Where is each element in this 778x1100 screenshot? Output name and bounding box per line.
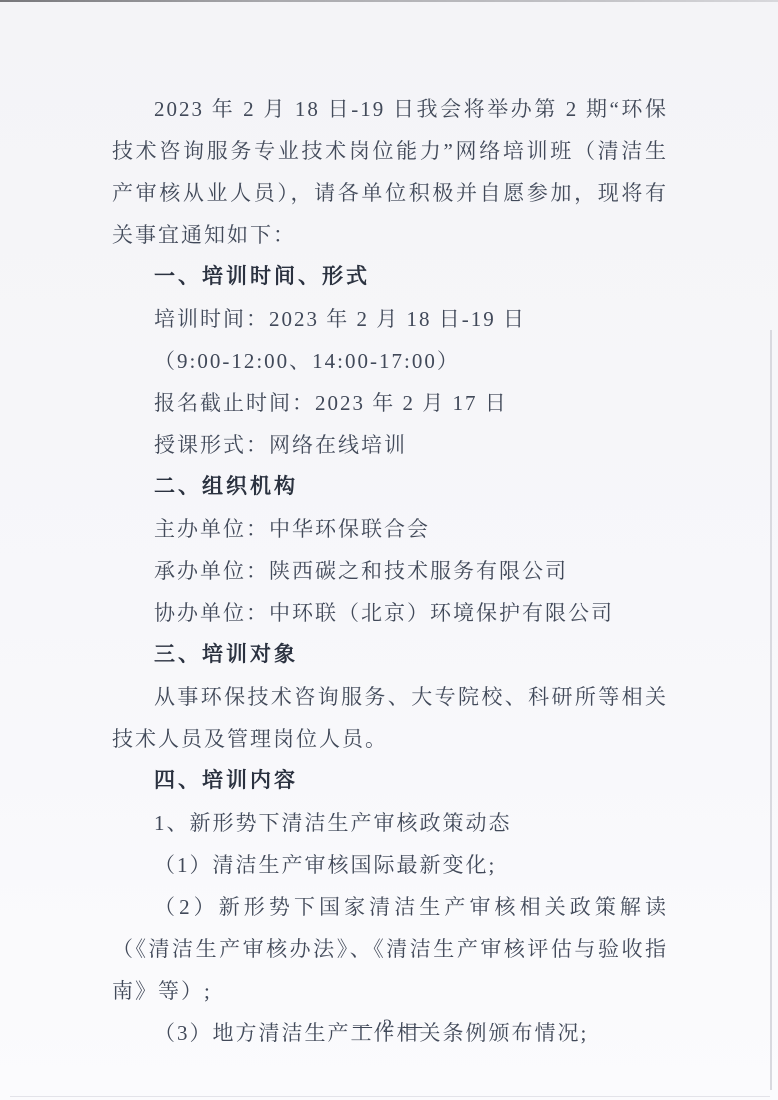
section-heading-training-time: 一、培训时间、形式 [112, 256, 668, 298]
item-topic-1-sub-1: （1）清洁生产审核国际最新变化; [112, 844, 668, 886]
intro-paragraph: 2023 年 2 月 18 日-19 日我会将举办第 2 期“环保技术咨询服务专… [112, 88, 668, 256]
item-topic-1-sub-2: （2）新形势下国家清洁生产审核相关政策解读（《清洁生产审核办法》、《清洁生产审核… [112, 886, 668, 1012]
section-heading-trainees: 三、培训对象 [112, 634, 668, 676]
scan-top-edge [0, 0, 778, 2]
line-training-hours: （9:00-12:00、14:00-17:00） [112, 340, 668, 382]
scan-bottom-edge [10, 1096, 770, 1097]
section-heading-organization: 二、组织机构 [112, 466, 668, 508]
scan-right-edge [770, 330, 772, 1090]
line-teaching-format: 授课形式：网络在线培训 [112, 424, 668, 466]
line-host-organization: 主办单位：中华环保联合会 [112, 508, 668, 550]
line-training-time: 培训时间：2023 年 2 月 18 日-19 日 [112, 298, 668, 340]
section-heading-content: 四、培训内容 [112, 760, 668, 802]
line-organizer: 承办单位：陕西碳之和技术服务有限公司 [112, 550, 668, 592]
page-number: — 2 — [353, 1016, 425, 1037]
page-footer: — 2 — [0, 1012, 778, 1042]
item-topic-1: 1、新形势下清洁生产审核政策动态 [112, 802, 668, 844]
document-body: 2023 年 2 月 18 日-19 日我会将举办第 2 期“环保技术咨询服务专… [112, 88, 668, 1054]
document-page: 2023 年 2 月 18 日-19 日我会将举办第 2 期“环保技术咨询服务专… [0, 0, 778, 1100]
line-co-organizer: 协办单位：中环联（北京）环境保护有限公司 [112, 592, 668, 634]
paragraph-trainees: 从事环保技术咨询服务、大专院校、科研所等相关技术人员及管理岗位人员。 [112, 676, 668, 760]
line-registration-deadline: 报名截止时间：2023 年 2 月 17 日 [112, 382, 668, 424]
